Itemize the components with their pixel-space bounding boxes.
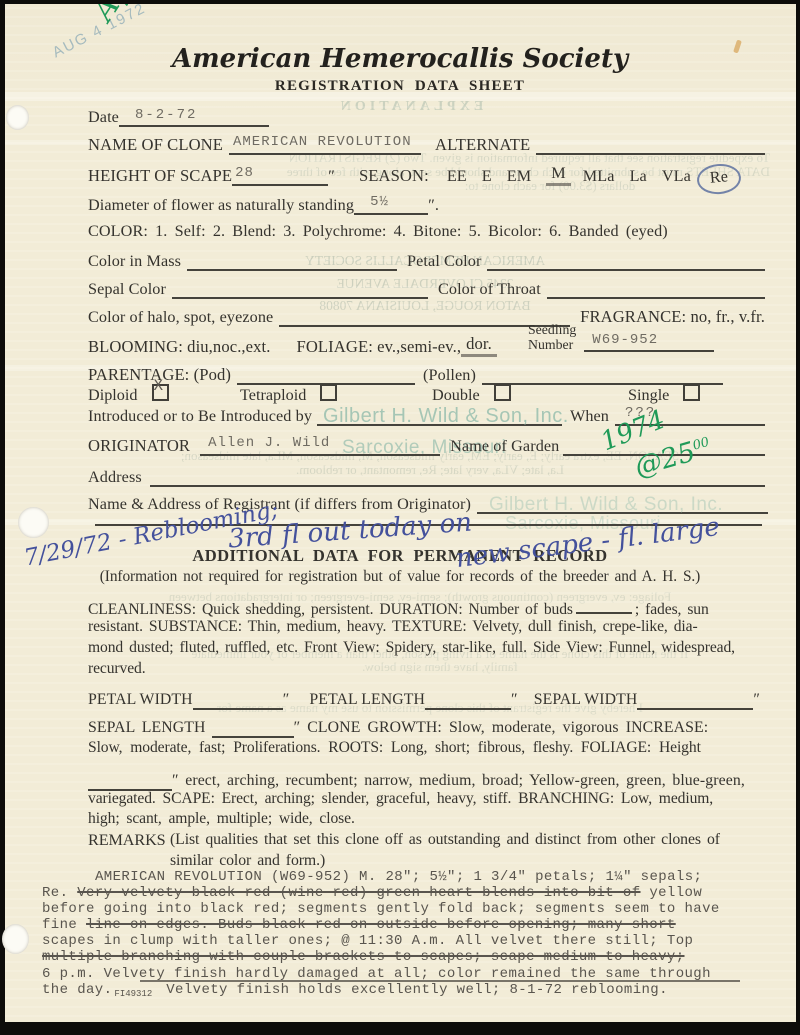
sepal-width-label: SEPAL WIDTH — [534, 690, 638, 710]
typed-line-2: Re. Very velvety black red (wine red) gr… — [42, 885, 787, 901]
alternate-label: ALTERNATE — [435, 135, 530, 155]
additional-data-subheading: (Information not required for registrati… — [0, 568, 800, 586]
blooming-label: BLOOMING: diu,noc.,ext. — [88, 337, 271, 357]
foliage-line3: high; scant, ample, multiple; wide, clos… — [88, 810, 355, 828]
inches-mark: ″ — [328, 166, 335, 186]
typed-line8-prefix: the day. — [42, 982, 112, 998]
registrant-stamp: Gilbert H. Wild & Son, Inc. — [489, 494, 723, 516]
clone-name-label: NAME OF CLONE — [88, 135, 223, 155]
introduced-by-field: Gilbert H. Wild & Son, Inc. — [317, 404, 562, 426]
scan-edge-right — [796, 0, 800, 1035]
season-mla: MLa — [583, 166, 615, 186]
sepal-length-field — [212, 716, 294, 738]
buds-count-field — [576, 597, 632, 614]
when-label: When — [570, 406, 609, 426]
sepal-color-label: Sepal Color — [88, 279, 166, 299]
address-label: Address — [88, 467, 142, 487]
single-label: Single — [628, 386, 669, 404]
foliage-label: FOLIAGE: ev.,semi-ev., — [297, 337, 462, 357]
typed-line-3: before going into black red; segments ge… — [42, 901, 787, 917]
tetraploid-item: Tetraploid — [240, 383, 337, 405]
foliage-dor-underlined: dor. — [461, 334, 497, 357]
scan-edge-left — [0, 0, 5, 1035]
foliage-line1: ″ erect, arching, recumbent; narrow, med… — [172, 771, 745, 791]
clone-name-value: AMERICAN REVOLUTION — [233, 134, 412, 150]
cleanliness-text-b: ; fades, sun — [635, 601, 709, 618]
sepal-length-label: SEPAL LENGTH — [88, 718, 206, 738]
seedling-label-line1: Seedling — [528, 322, 576, 337]
typed-line-4: fine line on edges. Buds black red on ou… — [42, 917, 787, 933]
cleanliness-text-a: CLEANLINESS: Quick shedding, persistent.… — [88, 601, 573, 618]
season-em: EM — [507, 166, 531, 186]
sepal-color-field — [172, 277, 428, 299]
typed-line-8: the day.FI49312Velvety finish holds exce… — [42, 982, 787, 1002]
scape-height-field: 28 — [232, 164, 328, 186]
society-title: American Hemerocallis Society — [0, 44, 800, 74]
season-label: SEASON: — [359, 166, 429, 186]
originator-field: Allen J. Wild — [200, 434, 440, 456]
introducer-stamp: Gilbert H. Wild & Son, Inc. — [323, 405, 569, 428]
season-vla: VLa — [662, 166, 691, 186]
pollen-label: (Pollen) — [423, 365, 476, 385]
typed-line2-prefix: Re. — [42, 885, 77, 901]
scan-edge-bottom — [0, 1022, 800, 1035]
petal-color-field — [487, 249, 765, 271]
petal-color-label: Petal Color — [407, 251, 481, 271]
seedling-number-value: W69-952 — [592, 332, 658, 348]
remarks-text-line1: (List qualities that set this clone off … — [170, 831, 720, 849]
single-item: Single — [628, 383, 700, 405]
scape-height-label: HEIGHT OF SCAPE — [88, 166, 232, 186]
foliage-height-field — [88, 769, 172, 791]
remarks-label: REMARKS — [88, 831, 166, 850]
season-la: La — [630, 166, 647, 186]
typed-line-6-struck: multiple branching with couple brackets … — [42, 949, 787, 965]
double-item: Double — [432, 383, 511, 405]
pollen-field — [482, 363, 723, 385]
originator-value: Allen J. Wild — [208, 435, 330, 451]
seedling-number-block: Seedling Number W69-952 — [528, 322, 714, 352]
typed-line2-suffix: yellow — [641, 885, 703, 901]
date-label: Date — [88, 107, 119, 127]
registrant-field: Gilbert H. Wild & Son, Inc. — [477, 492, 768, 514]
petal-width-field — [193, 688, 283, 710]
color-in-mass-label: Color in Mass — [88, 251, 181, 271]
diameter-field: 5½ — [354, 193, 428, 215]
sheet-title: REGISTRATION DATA SHEET — [0, 78, 800, 95]
ghost-line: family, have them sign below. — [130, 659, 750, 675]
diploid-check-mark: X — [154, 377, 164, 395]
tetraploid-checkbox — [320, 384, 337, 401]
diameter-label: Diameter of flower as naturally standing — [88, 195, 354, 215]
cleanliness-line3: mond dusted; fluted, ruffled, etc. Front… — [88, 639, 735, 657]
pod-field — [237, 363, 415, 385]
seedling-number-field: W69-952 — [584, 330, 714, 352]
petal-length-inches: ″ — [511, 690, 518, 710]
registration-data-sheet-scan: EXPLANATION To expedite registration see… — [0, 0, 800, 1035]
typed-line-5: scapes in clump with taller ones; @ 11:3… — [42, 933, 787, 949]
petal-length-field — [425, 688, 511, 710]
diploid-label: Diploid — [88, 386, 137, 404]
cleanliness-line4: recurved. — [88, 660, 146, 678]
color-categories-line: COLOR: 1. Self: 2. Blend: 3. Polychrome:… — [88, 221, 668, 241]
petal-width-label: PETAL WIDTH — [88, 690, 193, 710]
double-checkbox — [494, 384, 511, 401]
throat-color-field — [547, 277, 765, 299]
halo-label: Color of halo, spot, eyezone — [88, 307, 273, 327]
punch-hole — [2, 924, 29, 954]
date-field: 8-2-72 — [119, 105, 269, 127]
ploidy-row: Diploid X Tetraploid Double Single — [0, 383, 800, 405]
foliage-line2: variegated. SCAPE: Erect, arching; slend… — [88, 790, 713, 808]
introduced-by-label: Introduced or to Be Introduced by — [88, 406, 312, 426]
remarks-underline-mark — [140, 980, 740, 982]
date-value: 8-2-72 — [135, 107, 197, 123]
garden-name-label: Name of Garden — [450, 436, 559, 456]
alternate-field — [536, 133, 765, 155]
typed-line8-suffix: Velvety finish holds excellently well; 8… — [166, 982, 668, 998]
single-checkbox — [683, 384, 700, 401]
color-in-mass-field — [187, 249, 397, 271]
season-m-underlined: M — [546, 163, 571, 186]
throat-color-label: Color of Throat — [438, 279, 541, 299]
ghost-explanation: EXPLANATION — [300, 99, 520, 115]
form-number: FI49312 — [114, 989, 152, 999]
clone-name-field: AMERICAN REVOLUTION — [229, 133, 421, 155]
scan-edge-top — [0, 0, 800, 4]
seedling-label-line2: Number — [528, 337, 576, 352]
diameter-value: 5½ — [370, 194, 389, 210]
growth-line1: ″ CLONE GROWTH: Slow, moderate, vigorous… — [294, 718, 709, 738]
halo-field — [279, 305, 570, 327]
double-label: Double — [432, 386, 480, 404]
season-e: E — [482, 166, 492, 186]
diameter-inches-mark: ″. — [428, 195, 439, 215]
diploid-item: Diploid X — [88, 383, 169, 405]
punch-hole — [18, 507, 49, 538]
seedling-number-label: Seedling Number — [528, 322, 576, 352]
tetraploid-label: Tetraploid — [240, 386, 306, 404]
originator-label: ORIGINATOR — [88, 436, 190, 456]
sepal-width-field — [637, 688, 753, 710]
scape-height-value: 28 — [235, 165, 254, 181]
cleanliness-line1: CLEANLINESS: Quick shedding, persistent.… — [88, 597, 709, 619]
petal-width-inches: ″ — [283, 690, 290, 710]
typed-line-1: AMERICAN REVOLUTION (W69-952) M. 28"; 5½… — [95, 869, 787, 885]
typed-line4-struck: line on edges. Buds black red on outside… — [86, 917, 676, 933]
cleanliness-line2: resistant. SUBSTANCE: Thin, medium, heav… — [88, 618, 698, 636]
sepal-width-inches: ″ — [753, 690, 760, 710]
punch-hole — [6, 105, 29, 130]
growth-line2: Slow, moderate, fast; Proliferations. RO… — [88, 739, 701, 757]
season-ee: EE — [447, 166, 467, 186]
diploid-checkbox: X — [152, 384, 169, 401]
remarks-text-line2: similar color and form.) — [170, 852, 325, 870]
typed-line2-struck: Very velvety black red (wine red) green … — [77, 885, 640, 901]
petal-length-label: PETAL LENGTH — [309, 690, 425, 710]
typed-line4-prefix: fine — [42, 917, 86, 933]
